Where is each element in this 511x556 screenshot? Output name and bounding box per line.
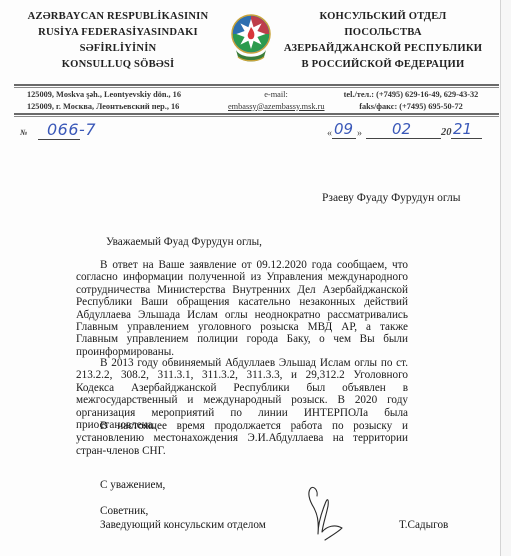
letterhead-russian: КОНСУЛЬСКИЙ ОТДЕЛ ПОСОЛЬСТВА АЗЕРБАЙДЖАН… (278, 9, 488, 73)
letterhead-azerbaijani: AZƏRBAYCAN RESPUBLİKASININ RUSİYA FEDERA… (12, 9, 224, 73)
azerbaijan-coat-of-arms-icon (229, 13, 273, 67)
phone-block: tel./тел.: (+7495) 629-16-49, 629-43-32 … (326, 89, 496, 112)
closing: С уважением, (100, 479, 165, 491)
salutation: Уважаемый Фуад Фурудун оглы, (106, 236, 262, 248)
signatory-name: Т.Садыгов (399, 519, 448, 531)
contact-rule (14, 116, 499, 117)
date-day-underline (332, 138, 356, 139)
letterhead-line: KONSULLUQ SÖBƏSİ (12, 57, 224, 73)
letterhead-line: КОНСУЛЬСКИЙ ОТДЕЛ (278, 9, 488, 25)
date-month-underline (366, 138, 441, 139)
reference-number: 066-7 (47, 120, 96, 139)
date-year: 21 (453, 120, 472, 138)
header-rule (14, 87, 499, 88)
date-month: 02 (392, 120, 411, 138)
addressee: Рзаеву Фуаду Фурудун оглы (322, 192, 461, 204)
letter-paragraph: В ответ на Ваше заявление от 09.12.2020 … (76, 259, 408, 358)
fax: faks/факс: (+7495) 695-50-72 (326, 101, 496, 113)
date-day: 09 (334, 120, 353, 138)
page-margin (501, 0, 511, 556)
email-label: e-mail: (228, 89, 324, 101)
address-azerbaijani: 125009, Moskva şəh., Leontyevskiy dön., … (27, 89, 207, 101)
reference-number-label: № (20, 128, 27, 137)
date-close-quote: » (357, 128, 362, 139)
handwritten-signature-icon (305, 484, 347, 542)
date-year-underline (451, 138, 482, 139)
paragraph-text: В настоящее время продолжается работа по… (76, 420, 408, 457)
contact-rule (14, 113, 499, 115)
letterhead-line: AZƏRBAYCAN RESPUBLİKASININ (12, 9, 224, 25)
paragraph-text: В ответ на Ваше заявление от 09.12.2020 … (76, 259, 408, 358)
signatory-title: Советник, (100, 505, 148, 517)
telephone: tel./тел.: (+7495) 629-16-49, 629-43-32 (326, 89, 496, 101)
postal-address: 125009, Moskva şəh., Leontyevskiy dön., … (27, 89, 207, 112)
letterhead-line: АЗЕРБАЙДЖАНСКОЙ РЕСПУБЛИКИ (278, 41, 488, 57)
email-block: e-mail: embassy@azembassy.msk.ru (228, 89, 324, 112)
signatory-position: Заведующий консульским отделом (100, 519, 266, 531)
letterhead-line: SƏFİRLİYİNİN (12, 41, 224, 57)
reference-underline (38, 139, 80, 140)
letterhead-line: В РОССИЙСКОЙ ФЕДЕРАЦИИ (278, 57, 488, 73)
email-link[interactable]: embassy@azembassy.msk.ru (228, 101, 324, 113)
header-rule (14, 84, 499, 86)
letterhead-line: ПОСОЛЬСТВА (278, 25, 488, 41)
date-century: 20 (441, 127, 452, 138)
address-russian: 125009, г. Москва, Леонтьевский пер., 16 (27, 101, 207, 113)
letterhead-line: RUSİYA FEDERASİYASINDAKI (12, 25, 224, 41)
letter-paragraph: В настоящее время продолжается работа по… (76, 420, 408, 457)
